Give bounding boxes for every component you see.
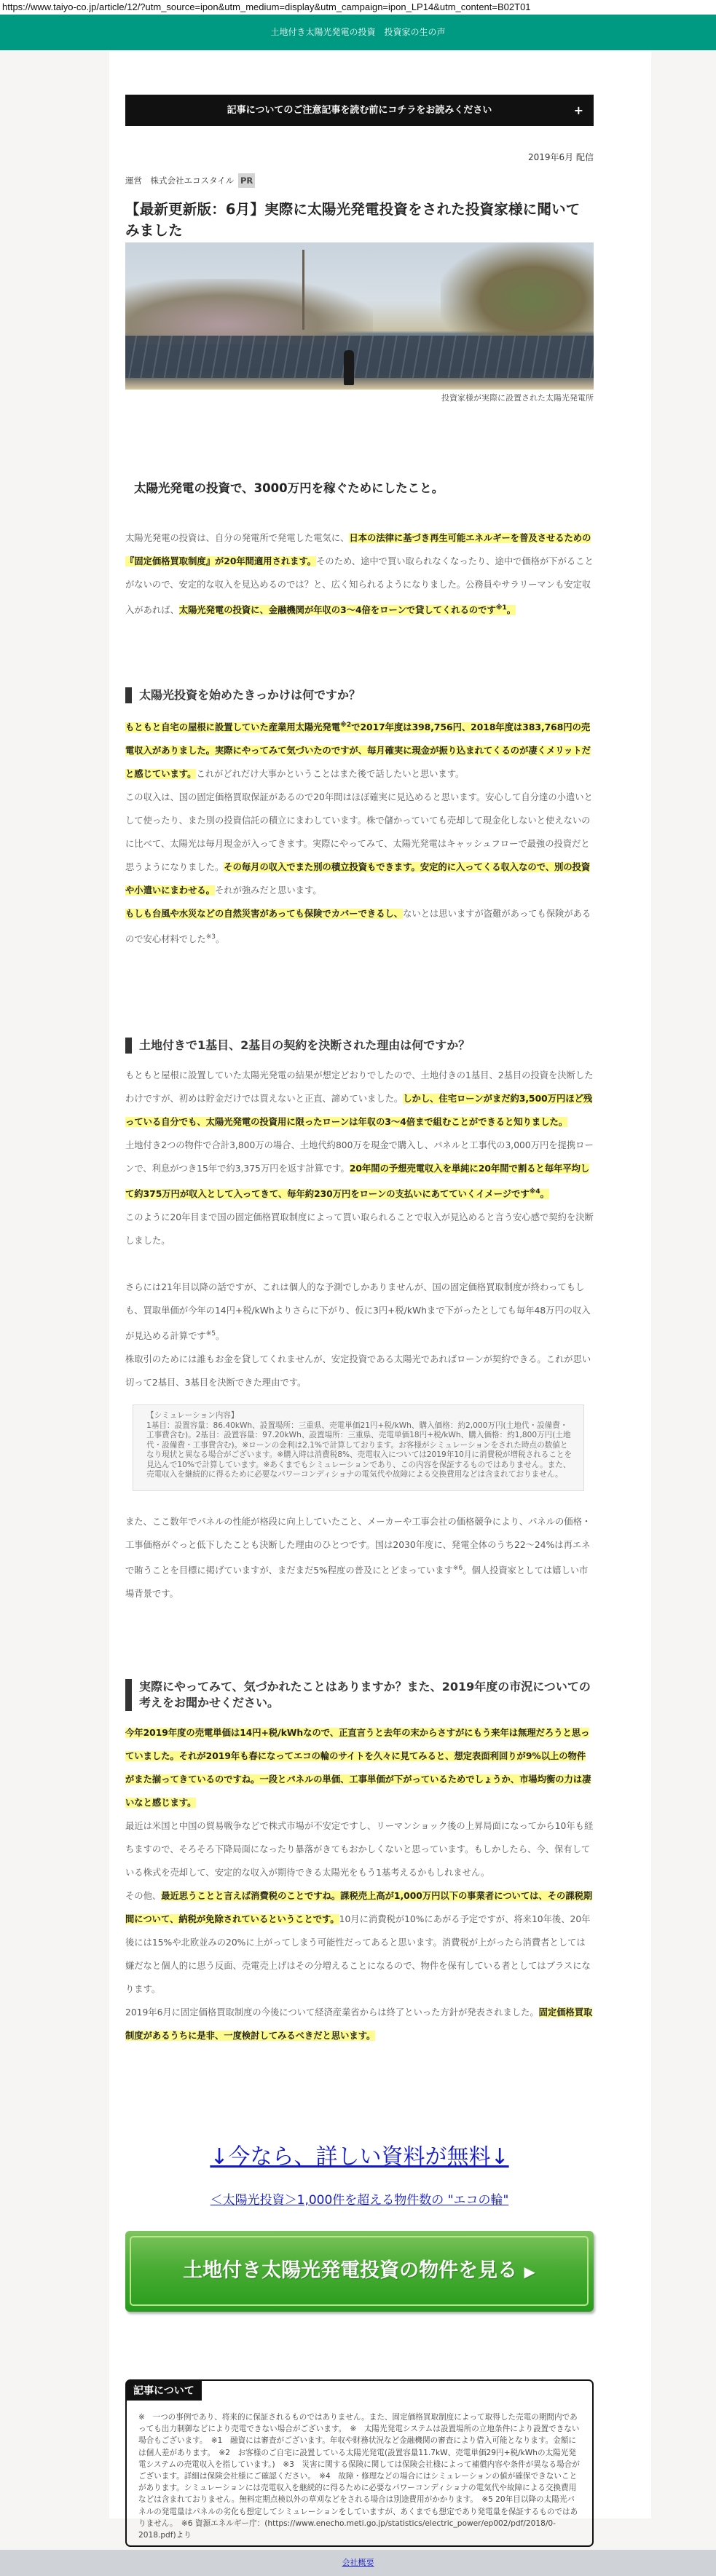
trees-decoration (441, 242, 594, 337)
utility-pole (302, 250, 304, 330)
footnote-ref: ※6 (453, 1565, 463, 1572)
footer: 会社概要 (0, 2550, 716, 2576)
free-materials-link[interactable]: ↓今なら、詳しい資料が無料↓ (125, 2138, 594, 2170)
disclaimer-text: ※ 一つの事例であり、将来的に保証されるものではありません。また、固定価格買取制… (138, 2411, 581, 2541)
footnote-ref: ※2 (340, 722, 351, 729)
paragraph: 今年2019年度の売電単価は14円+税/kWhなので、正直言うと去年の末からさす… (125, 1721, 594, 1814)
browser-url[interactable]: https://www.taiyo-co.jp/article/12/?utm_… (0, 0, 716, 15)
paragraph: さらには21年目以降の話ですが、これは個人的な予測でしかありませんが、国の固定価… (125, 1276, 594, 1348)
view-properties-button[interactable]: 土地付き太陽光発電投資の物件を見る ▶ (125, 2231, 594, 2312)
paragraph: 株取引のためには誰もお金を貸してくれませんが、安定投資である太陽光であればローン… (125, 1348, 594, 1394)
paragraph: この収入は、国の固定価格買取保証があるので20年間はほぼ確実に見込めると思います… (125, 786, 594, 902)
operator-label: 運営 株式会社エコスタイル (125, 175, 234, 186)
paragraph: また、ここ数年でパネルの性能が格段に向上していたこと、メーカーや工事会社の価格競… (125, 1510, 594, 1605)
article-page: 記事についてのご注意記事を読む前にコチラをお読みください + 2019年6月 配… (109, 50, 651, 2518)
simulation-text: 1基目：設置容量：86.40kWh、設置場所：三重県、売電単価21円+税/kWh… (146, 1421, 573, 1480)
investor-figure (344, 350, 354, 385)
section-heading: 土地付きで1基目、2基目の契約を決断された理由は何ですか？ (125, 1038, 594, 1054)
section-3: 実際にやってみて、気づかれたことはありますか？また、2019年度の市況についての… (125, 1679, 594, 2047)
simulation-box: 【シミュレーション内容】 1基目：設置容量：86.40kWh、設置場所：三重県、… (133, 1404, 584, 1491)
paragraph: このように20年目まで国の固定価格買取制度によって買い取られることで収入が見込め… (125, 1206, 594, 1252)
section-2: 土地付きで1基目、2基目の契約を決断された理由は何ですか？ もともと屋根に設置し… (125, 1038, 594, 1605)
paragraph: 2019年6月に固定価格買取制度の今後について経済産業省からは終了といった方針が… (125, 2001, 594, 2047)
intro-text: 太陽光発電の投資は、自分の発電所で発電した電気に、日本の法律に基づき再生可能エネ… (125, 526, 594, 622)
company-overview-link[interactable]: 会社概要 (342, 2558, 374, 2567)
operator-line: 運営 株式会社エコスタイル PR (125, 173, 594, 188)
subheading: 太陽光発電の投資で、3000万円を稼ぐためにしたこと。 (134, 478, 602, 496)
play-arrow-icon: ▶ (524, 2263, 535, 2280)
notice-accordion[interactable]: 記事についてのご注意記事を読む前にコチラをお読みください + (125, 95, 594, 126)
footnote-ref: ※5 (206, 1330, 216, 1338)
image-caption: 投資家様が実際に設置された太陽光発電所 (125, 392, 594, 403)
pr-badge: PR (238, 173, 255, 188)
paragraph: その他、最近思うことと言えば消費税のことですね。課税売上高が1,000万円以下の… (125, 1884, 594, 2001)
section-heading: 太陽光投資を始めたきっかけは何ですか？ (125, 687, 594, 703)
ecowa-link[interactable]: ＜太陽光投資＞1,000件を超える物件数の "エコの輪" (125, 2189, 594, 2208)
publish-date: 2019年6月 配信 (125, 151, 594, 163)
expand-plus-icon[interactable]: + (574, 95, 583, 126)
highlight: もしも台風や水災などの自然災害があっても保険でカバーできるし、 (125, 909, 403, 919)
paragraph: 土地付き2つの物件で合計3,800万の場合、土地代約800万を現金で購入し、パネ… (125, 1134, 594, 1206)
paragraph: もともと自宅の屋根に設置していた産業用太陽光発電※2で2017年度は398,75… (125, 714, 594, 786)
header-band: 土地付き太陽光発電の投資 投資家の生の声 (0, 15, 716, 50)
simulation-title: 【シミュレーション内容】 (146, 1411, 573, 1421)
paragraph: もしも台風や水災などの自然災害があっても保険でカバーできるし、ないとは思いますが… (125, 902, 594, 951)
solar-panels (125, 336, 594, 378)
highlight: 太陽光発電の投資に、金融機関が年収の3〜4倍をローンで貸してくれるのです※1。 (179, 605, 516, 615)
footnote-ref: ※3 (206, 933, 216, 941)
trees-decoration (125, 279, 373, 344)
button-label: 土地付き太陽光発電投資の物件を見る (183, 2259, 517, 2282)
section-1: 太陽光投資を始めたきっかけは何ですか？ もともと自宅の屋根に設置していた産業用太… (125, 687, 594, 951)
footnote-ref: ※4 (530, 1188, 540, 1196)
about-label: 記事について (126, 2380, 202, 2401)
article-title: 【最新更新版：6月】実際に太陽光発電投資をされた投資家様に聞いてみました (125, 199, 594, 241)
paragraph: 最近は米国と中国の貿易戦争などで株式市場が不安定ですし、リーマンショック後の上昇… (125, 1814, 594, 1884)
intro-paragraph: 太陽光発電の投資は、自分の発電所で発電した電気に、日本の法律に基づき再生可能エネ… (125, 526, 594, 622)
highlight: 今年2019年度の売電単価は14円+税/kWhなので、正直言うと去年の末からさす… (125, 1728, 591, 1808)
about-article-box: 記事について ※ 一つの事例であり、将来的に保証されるものではありません。また、… (125, 2379, 594, 2547)
section-heading: 実際にやってみて、気づかれたことはありますか？また、2019年度の市況についての… (125, 1679, 594, 1711)
notice-label: 記事についてのご注意記事を読む前にコチラをお読みください (227, 105, 492, 116)
paragraph: もともと屋根に設置していた太陽光発電の結果が想定どおりでしたので、土地付きの1基… (125, 1064, 594, 1134)
footnote-ref: ※1 (496, 604, 507, 612)
hero-photo-solar-plant (125, 242, 594, 390)
